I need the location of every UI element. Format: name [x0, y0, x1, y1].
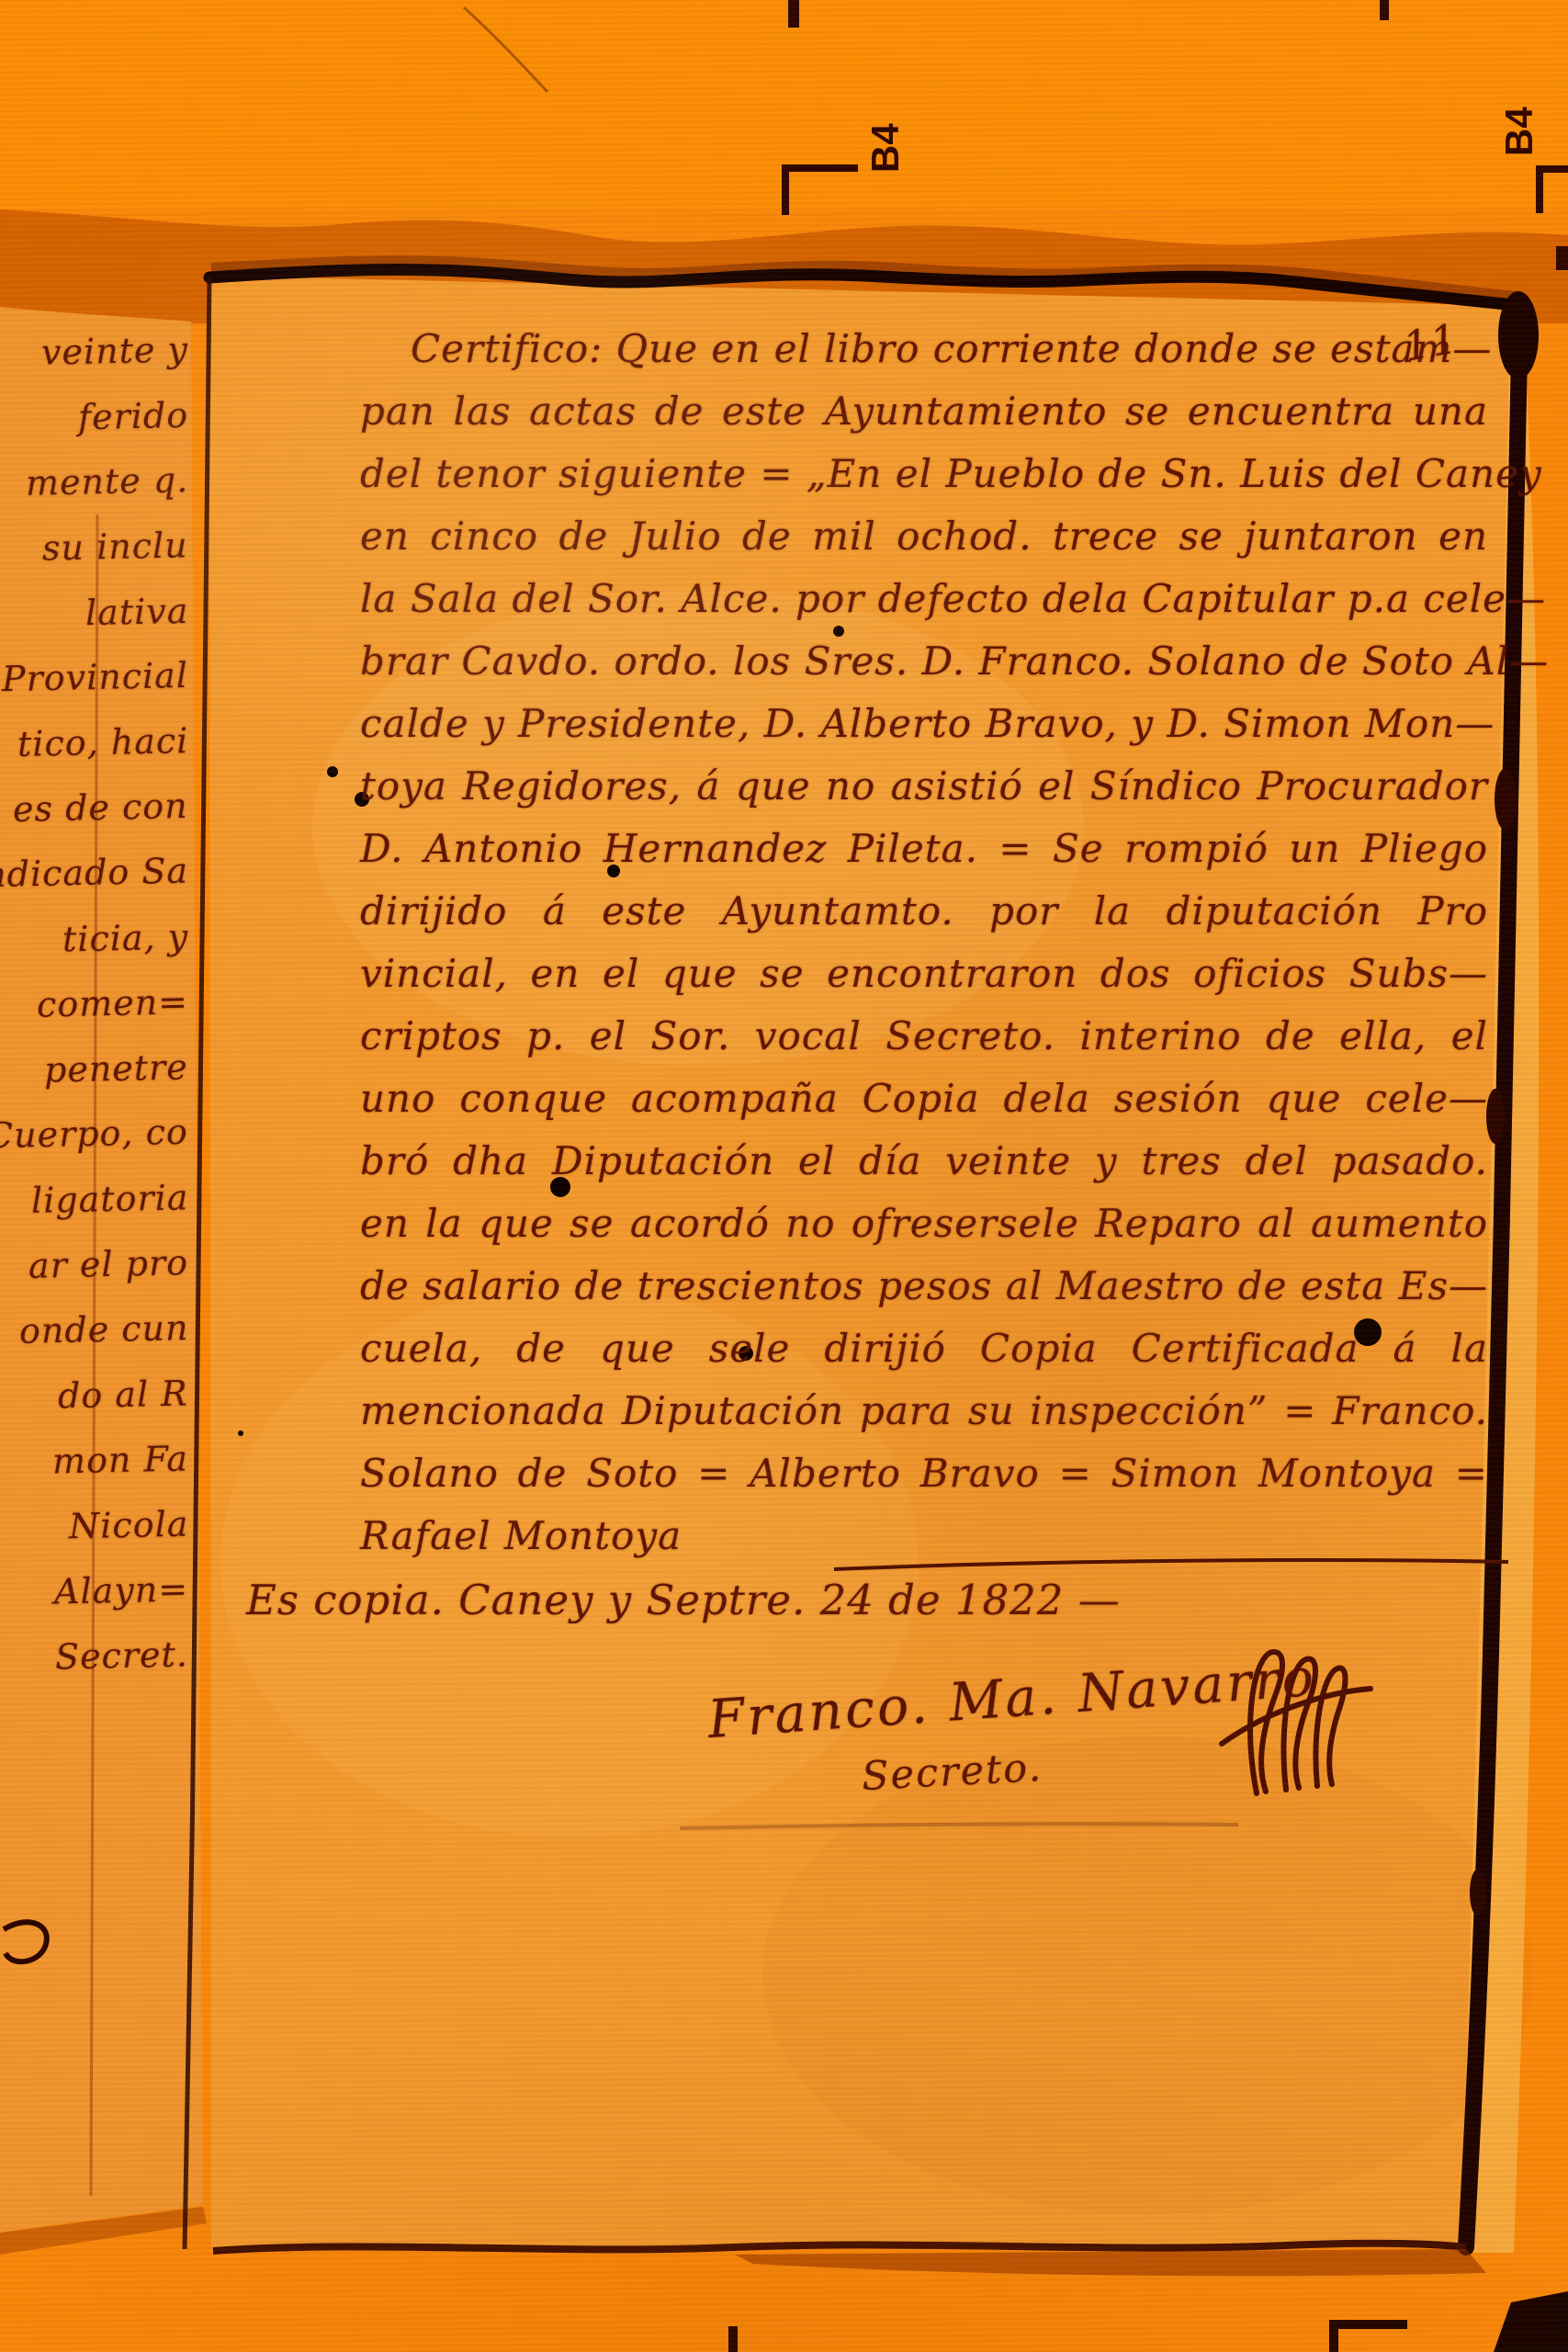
manuscript-line: dirijido á este Ayuntamto. por la diputa…: [360, 891, 1488, 950]
manuscript-body: Certifico: Que en el libro corriente don…: [0, 0, 1568, 2352]
manuscript-line: toya Regidores, á que no asistió el Sínd…: [360, 766, 1488, 825]
manuscript-line: en cinco de Julio de mil ochod. trece se…: [360, 516, 1488, 575]
manuscript-line: Certifico: Que en el libro corriente don…: [360, 329, 1488, 388]
manuscript-line: uno conque acompaña Copia dela sesión qu…: [360, 1079, 1488, 1137]
manuscript-line: vincial, en el que se encontraron dos of…: [360, 954, 1488, 1012]
manuscript-line: criptos p. el Sor. vocal Secreto. interi…: [360, 1016, 1488, 1075]
manuscript-line: bró dha Diputación el día veinte y tres …: [360, 1141, 1488, 1200]
manuscript-line: del tenor siguiente = „En el Pueblo de S…: [360, 454, 1488, 513]
manuscript-line: brar Cavdo. ordo. los Sres. D. Franco. S…: [360, 641, 1488, 700]
manuscript-line: pan las actas de este Ayuntamiento se en…: [360, 391, 1488, 450]
photo-stage: B4 B4: [0, 0, 1568, 2352]
signature-title: Secreto.: [861, 1745, 1043, 1800]
manuscript-line: de salario de trescientos pesos al Maest…: [360, 1266, 1488, 1325]
manuscript-line: en la que se acordó no ofresersele Repar…: [360, 1204, 1488, 1262]
manuscript-line: cuela, de que sele dirijió Copia Certifi…: [360, 1329, 1488, 1387]
manuscript-line: D. Antonio Hernandez Pileta. = Se rompió…: [360, 829, 1488, 888]
manuscript-line: la Sala del Sor. Alce. por defecto dela …: [360, 579, 1488, 638]
page-number: 11: [1400, 315, 1462, 371]
manuscript-line: Rafael Montoya: [360, 1516, 682, 1575]
manuscript-line: mencionada Diputación para su inspección…: [360, 1391, 1488, 1450]
manuscript-line: calde y Presidente, D. Alberto Bravo, y …: [360, 704, 1488, 763]
manuscript-line: Solano de Soto = Alberto Bravo = Simon M…: [360, 1453, 1488, 1512]
manuscript-line: Es copia. Caney y Septre. 24 de 1822 —: [246, 1578, 1121, 1637]
